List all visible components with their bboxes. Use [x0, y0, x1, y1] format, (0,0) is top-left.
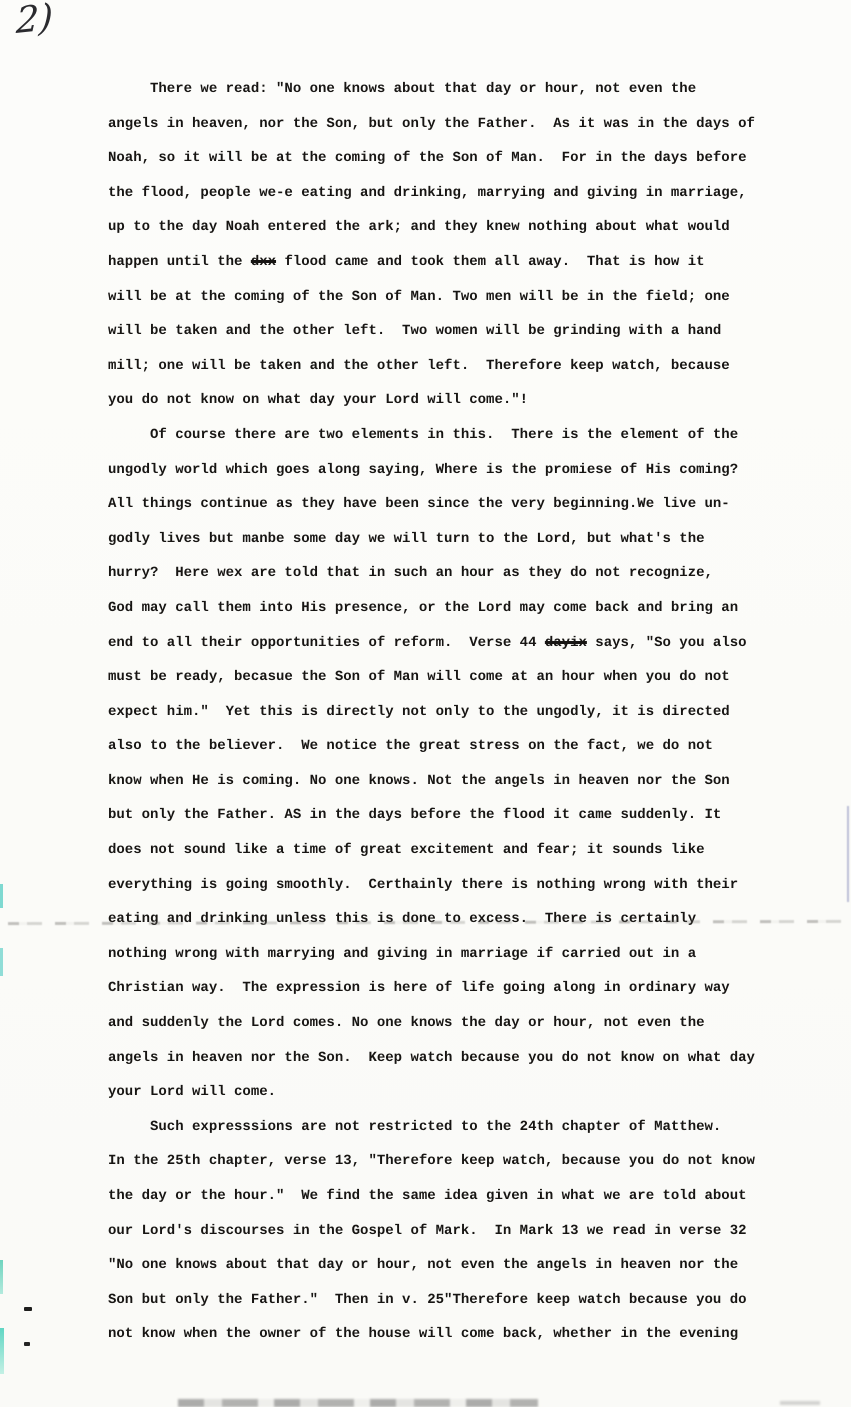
text-line: our Lord's discourses in the Gospel of M… [108, 1214, 755, 1249]
text-line: In the 25th chapter, verse 13, "Therefor… [108, 1144, 755, 1179]
text-line: expect him." Yet this is directly not on… [108, 695, 755, 730]
text-line: must be ready, becasue the Son of Man wi… [108, 660, 755, 695]
left-edge-cyan-mark [0, 948, 3, 976]
text-line: and suddenly the Lord comes. No one know… [108, 1006, 755, 1041]
text-line: know when He is coming. No one knows. No… [108, 764, 755, 799]
text-line: Of course there are two elements in this… [108, 418, 755, 453]
text-line: angels in heaven nor the Son. Keep watch… [108, 1041, 755, 1076]
handwritten-page-number: 2) [15, 0, 53, 40]
text-line: everything is going smoothly. Certhainly… [108, 868, 755, 903]
text-line: not know when the owner of the house wil… [108, 1317, 755, 1352]
text-line: the day or the hour." We find the same i… [108, 1179, 755, 1214]
text-line: up to the day Noah entered the ark; and … [108, 210, 755, 245]
text-line: "No one knows about that day or hour, no… [108, 1248, 755, 1283]
text-line: Noah, so it will be at the coming of the… [108, 141, 755, 176]
text-line: end to all their opportunities of reform… [108, 626, 755, 661]
text-line: nothing wrong with marrying and giving i… [108, 937, 755, 972]
struck-out-word: dxx [251, 254, 276, 270]
text-line: God may call them into His presence, or … [108, 591, 755, 626]
text-line: There we read: "No one knows about that … [108, 72, 755, 107]
text-line: will be taken and the other left. Two wo… [108, 314, 755, 349]
text-line: you do not know on what day your Lord wi… [108, 383, 755, 418]
text-line: does not sound like a time of great exci… [108, 833, 755, 868]
left-edge-cyan-mark [0, 884, 3, 908]
text-line: but only the Father. AS in the days befo… [108, 798, 755, 833]
text-line: godly lives but manbe some day we will t… [108, 522, 755, 557]
margin-ink-dot [24, 1307, 32, 1311]
text-line: Such expresssions are not restricted to … [108, 1110, 755, 1145]
text-line: happen until the dxx flood came and took… [108, 245, 755, 280]
text-line: Son but only the Father." Then in v. 25"… [108, 1283, 755, 1318]
margin-ink-dot [24, 1342, 30, 1346]
typed-text-body: There we read: "No one knows about that … [108, 72, 755, 1352]
struck-out-word: dayix [545, 635, 587, 651]
text-line: angels in heaven, nor the Son, but only … [108, 107, 755, 142]
text-line: All things continue as they have been si… [108, 487, 755, 522]
cutoff-text-smudge [178, 1399, 538, 1407]
left-edge-cyan-mark [0, 1328, 4, 1374]
document-page: 2) There we read: "No one knows about th… [0, 0, 851, 1407]
right-edge-scan-line [847, 806, 849, 902]
text-line: also to the believer. We notice the grea… [108, 729, 755, 764]
text-line: your Lord will come. [108, 1075, 755, 1110]
text-line: Christian way. The expression is here of… [108, 971, 755, 1006]
text-line: will be at the coming of the Son of Man.… [108, 280, 755, 315]
text-line: hurry? Here wex are told that in such an… [108, 556, 755, 591]
left-edge-cyan-mark [0, 1260, 3, 1294]
text-line: mill; one will be taken and the other le… [108, 349, 755, 384]
cutoff-text-smudge [780, 1401, 820, 1405]
text-line: ungodly world which goes along saying, W… [108, 453, 755, 488]
text-line: the flood, people we-e eating and drinki… [108, 176, 755, 211]
